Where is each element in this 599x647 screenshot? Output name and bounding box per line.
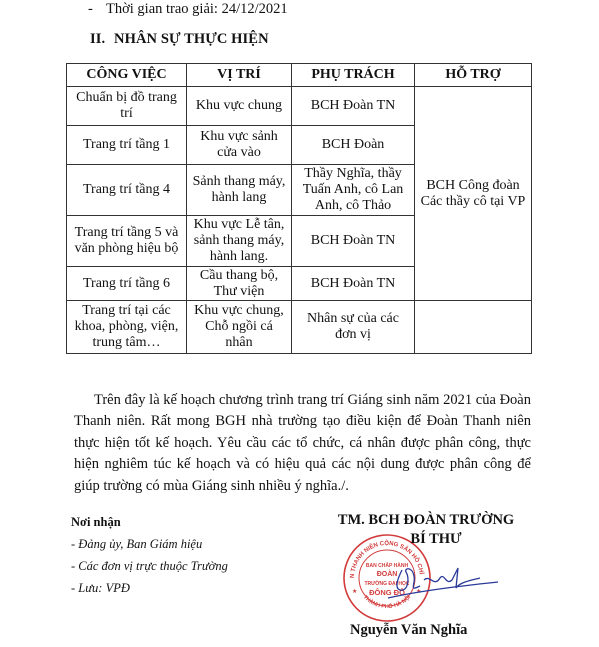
- cell-task: Trang trí tầng 4: [67, 165, 187, 216]
- cell-support-merged: BCH Công đoàn Các thầy cô tại VP: [415, 87, 532, 301]
- cell-location: Khu vực chung: [187, 87, 292, 126]
- cell-owner: BCH Đoàn TN: [292, 267, 415, 301]
- staff-table: CÔNG VIỆC VỊ TRÍ PHỤ TRÁCH HỖ TRỢ Chuẩn …: [66, 63, 532, 354]
- cell-task: Chuẩn bị đồ trang trí: [67, 87, 187, 126]
- table-row: Trang trí tại các khoa, phòng, viện, tru…: [67, 301, 532, 354]
- cell-owner: BCH Đoàn TN: [292, 216, 415, 267]
- cell-task: Trang trí tầng 6: [67, 267, 187, 301]
- award-date-text: Thời gian trao giải: 24/12/2021: [106, 1, 288, 17]
- recipients-heading: Nơi nhận: [71, 515, 228, 530]
- section-title: II.NHÂN SỰ THỰC HIỆN: [90, 31, 269, 48]
- cell-owner: BCH Đoàn: [292, 126, 415, 165]
- table-header-row: CÔNG VIỆC VỊ TRÍ PHỤ TRÁCH HỖ TRỢ: [67, 64, 532, 87]
- closing-paragraph: Trên đây là kế hoạch chương trình trang …: [74, 390, 531, 498]
- cell-location: Khu vực Lễ tân, sảnh thang máy, hành lan…: [187, 216, 292, 267]
- bullet-dash: -: [88, 1, 106, 18]
- svg-text:★: ★: [352, 588, 357, 595]
- cell-location: Khu vực chung, Chỗ ngồi cá nhân: [187, 301, 292, 354]
- recipient-item: - Lưu: VPĐ: [71, 581, 228, 596]
- recipient-item: - Các đơn vị trực thuộc Trường: [71, 559, 228, 574]
- cell-location: Sảnh thang máy, hành lang: [187, 165, 292, 216]
- cell-owner: BCH Đoàn TN: [292, 87, 415, 126]
- table-row: Chuẩn bị đồ trang trí Khu vực chung BCH …: [67, 87, 532, 126]
- cell-location: Khu vực sảnh cửa vào: [187, 126, 292, 165]
- cell-task: Trang trí tại các khoa, phòng, viện, tru…: [67, 301, 187, 354]
- section-heading: NHÂN SỰ THỰC HIỆN: [114, 31, 269, 47]
- cell-owner: Nhân sự của các đơn vị: [292, 301, 415, 354]
- award-date-bullet: -Thời gian trao giải: 24/12/2021: [88, 1, 288, 18]
- section-number: II.: [90, 31, 114, 48]
- handwritten-signature-icon: [380, 558, 500, 608]
- cell-owner: Thầy Nghĩa, thầy Tuấn Anh, cô Lan Anh, c…: [292, 165, 415, 216]
- header-owner: PHỤ TRÁCH: [292, 64, 415, 87]
- signer-name: Nguyễn Văn Nghĩa: [350, 622, 467, 639]
- cell-task: Trang trí tầng 5 và văn phòng hiệu bộ: [67, 216, 187, 267]
- cell-support: [415, 301, 532, 354]
- header-support: HỖ TRỢ: [415, 64, 532, 87]
- cell-location: Cầu thang bộ, Thư viện: [187, 267, 292, 301]
- header-task: CÔNG VIỆC: [67, 64, 187, 87]
- recipients-block: Nơi nhận - Đảng ủy, Ban Giám hiệu - Các …: [71, 515, 228, 603]
- signature-block: TM. BCH ĐOÀN TRƯỜNG BÍ THƯ Nguyễn Văn Ng…: [326, 512, 526, 548]
- cell-task: Trang trí tầng 1: [67, 126, 187, 165]
- signer-role: BÍ THƯ: [346, 531, 526, 548]
- signer-organization: TM. BCH ĐOÀN TRƯỜNG: [326, 512, 526, 529]
- header-location: VỊ TRÍ: [187, 64, 292, 87]
- recipient-item: - Đảng ủy, Ban Giám hiệu: [71, 537, 228, 552]
